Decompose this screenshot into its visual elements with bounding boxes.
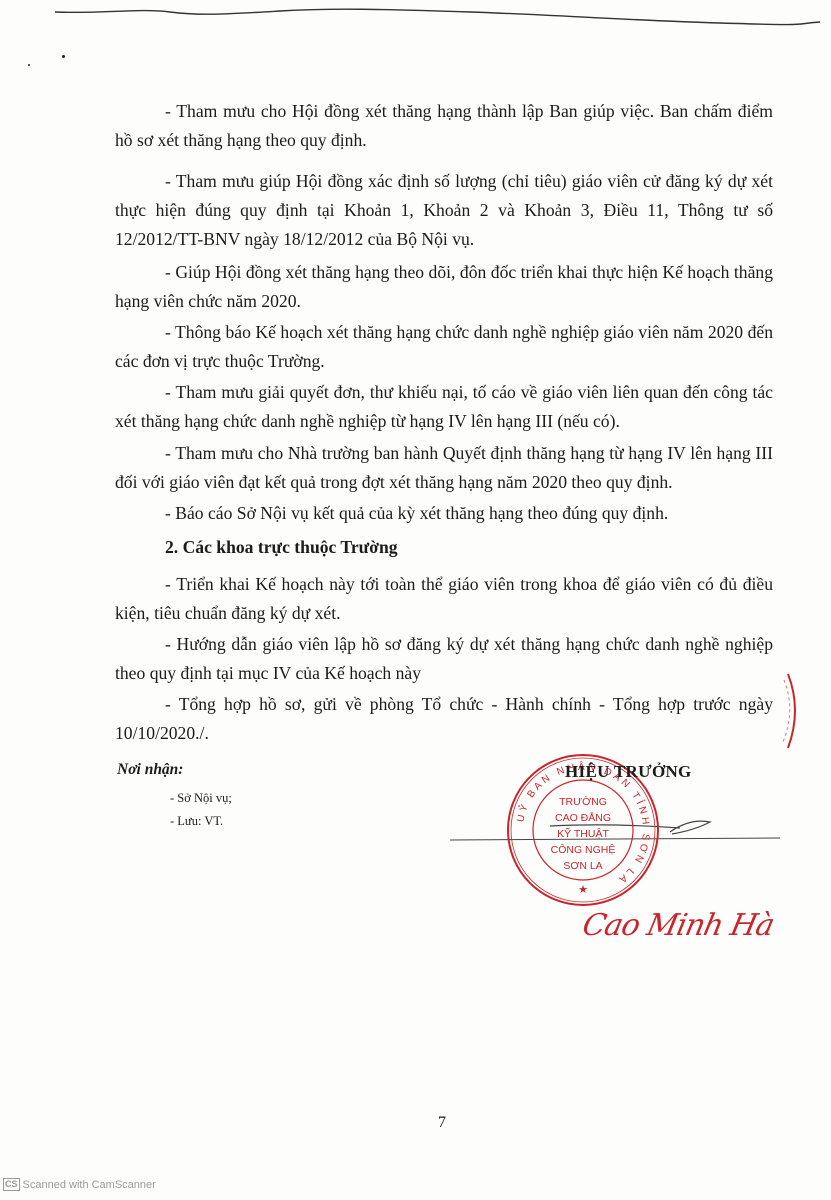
watermark-text: Scanned with CamScanner xyxy=(23,1179,156,1191)
paragraph-5: - Tham mưu giải quyết đơn, thư khiếu nại… xyxy=(115,378,773,436)
stamp-line: CAO ĐẲNG xyxy=(555,811,611,824)
recipient-item: - Sở Nội vụ; xyxy=(170,791,232,806)
stamp-line: CÔNG NGHỆ xyxy=(551,843,616,856)
section2-paragraph-1: - Triển khai Kế hoạch này tới toàn thể g… xyxy=(115,570,773,628)
stamp-line: KỸ THUẬT xyxy=(557,827,609,840)
scan-edge-line xyxy=(0,0,831,40)
document-page: - Tham mưu cho Hội đồng xét thăng hạng t… xyxy=(0,0,831,1200)
page-number: 7 xyxy=(438,1114,446,1132)
section2-paragraph-3: - Tổng hợp hồ sơ, gửi về phòng Tổ chức -… xyxy=(115,690,773,748)
recipients-title: Nơi nhận: xyxy=(117,761,183,779)
section2-paragraph-2: - Hướng dẫn giáo viên lập hồ sơ đăng ký … xyxy=(115,630,773,688)
camscanner-watermark: CS Scanned with CamScanner xyxy=(3,1178,156,1191)
paragraph-1: - Tham mưu cho Hội đồng xét thăng hạng t… xyxy=(115,97,773,155)
stamp-edge-mark xyxy=(780,672,810,752)
signer-name: Cao Minh Hà xyxy=(579,908,776,943)
scan-speck xyxy=(28,64,30,66)
signature-title: HIỆU TRƯỞNG xyxy=(565,762,692,782)
stamp-line: TRƯỜNG xyxy=(559,795,607,808)
stamp-star-icon: ★ xyxy=(578,884,588,896)
paragraph-2: - Tham mưu giúp Hội đồng xác định số lượ… xyxy=(115,167,773,254)
paragraph-3: - Giúp Hội đồng xét thăng hạng theo dõi,… xyxy=(115,258,773,316)
scan-speck xyxy=(62,55,65,58)
paragraph-6: - Tham mưu cho Nhà trường ban hành Quyết… xyxy=(115,439,773,497)
section-heading: 2. Các khoa trực thuộc Trường xyxy=(165,537,398,558)
recipient-item: - Lưu: VT. xyxy=(170,814,223,829)
camscanner-logo-icon: CS xyxy=(3,1178,20,1191)
paragraph-7: - Báo cáo Sở Nội vụ kết quả của kỳ xét t… xyxy=(115,499,773,528)
paragraph-4: - Thông báo Kế hoạch xét thăng hạng chức… xyxy=(115,318,773,376)
stamp-line: SƠN LA xyxy=(563,860,602,872)
